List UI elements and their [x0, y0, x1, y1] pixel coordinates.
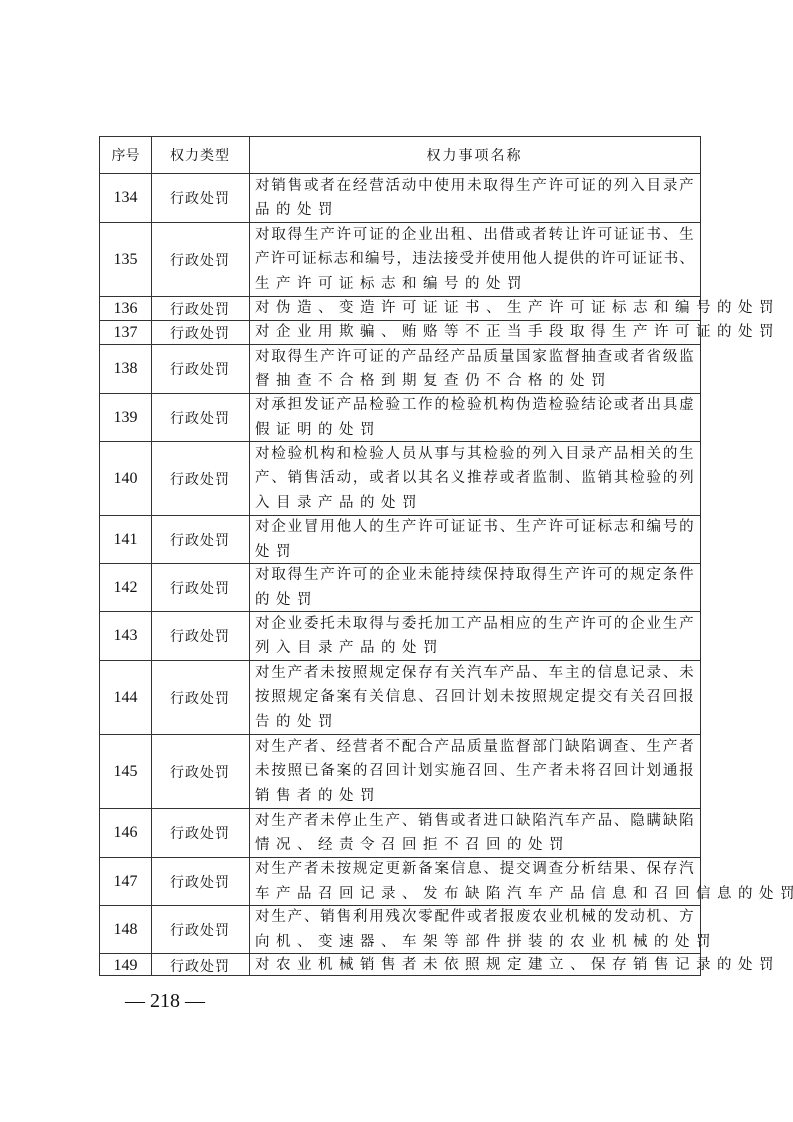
- description-line: 假证明的处罚: [255, 418, 694, 443]
- table-row: 135行政处罚对取得生产许可证的企业出租、出借或者转让许可证证书、生产许可证标志…: [100, 223, 700, 297]
- description-line: 对伪造、变造许可证证书、生产许可证标志和编号的处罚: [255, 296, 694, 321]
- description-line: 对取得生产许可的企业未能持续保持取得生产许可的规定条件: [255, 563, 694, 588]
- serial-number: 145: [100, 735, 151, 808]
- power-type: 行政处罚: [151, 394, 249, 441]
- description-line: 按照规定备案有关信息、召回计划未按照规定提交有关召回报: [255, 685, 694, 710]
- serial-number: 144: [100, 661, 151, 734]
- power-type: 行政处罚: [151, 516, 249, 563]
- table-row: 145行政处罚对生产者、经营者不配合产品质量监督部门缺陷调查、生产者未按照已备案…: [100, 735, 700, 809]
- serial-number: 138: [100, 345, 151, 393]
- description-line: 车产品召回记录、发布缺陷汽车产品信息和召回信息的处罚: [255, 882, 694, 907]
- power-type: 行政处罚: [151, 906, 249, 953]
- power-type: 行政处罚: [151, 612, 249, 660]
- description-line: 对企业委托未取得与委托加工产品相应的生产许可的企业生产: [255, 612, 694, 637]
- description-line: 对销售或者在经营活动中使用未取得生产许可证的列入目录产: [255, 174, 694, 199]
- power-item-name: 对生产者、经营者不配合产品质量监督部门缺陷调查、生产者未按照已备案的召回计划实施…: [249, 735, 700, 808]
- description-line: 对检验机构和检验人员从事与其检验的列入目录产品相关的生: [255, 442, 694, 467]
- table-row: 142行政处罚对取得生产许可的企业未能持续保持取得生产许可的规定条件的处罚: [100, 564, 700, 612]
- serial-number: 143: [100, 612, 151, 660]
- serial-number: 139: [100, 394, 151, 441]
- description-line: 的处罚: [255, 588, 694, 613]
- power-item-name: 对承担发证产品检验工作的检验机构伪造检验结论或者出具虚假证明的处罚: [249, 394, 700, 441]
- description-line: 列入目录产品的处罚: [255, 636, 694, 661]
- description-line: 对企业冒用他人的生产许可证证书、生产许可证标志和编号的: [255, 515, 694, 540]
- description-line: 对生产者未按照规定保存有关汽车产品、车主的信息记录、未: [255, 661, 694, 686]
- power-type: 行政处罚: [151, 297, 249, 320]
- power-type: 行政处罚: [151, 735, 249, 808]
- power-type: 行政处罚: [151, 321, 249, 344]
- header-power-type: 权力类型: [151, 137, 249, 173]
- serial-number: 137: [100, 321, 151, 344]
- description-line: 情况、经责令召回拒不召回的处罚: [255, 833, 694, 858]
- header-serial-number: 序号: [100, 137, 151, 173]
- power-item-name: 对生产者未按规定更新备案信息、提交调查分析结果、保存汽车产品召回记录、发布缺陷汽…: [249, 858, 700, 905]
- table-row: 146行政处罚对生产者未停止生产、销售或者进口缺陷汽车产品、隐瞒缺陷情况、经责令…: [100, 809, 700, 858]
- power-type: 行政处罚: [151, 223, 249, 296]
- power-type: 行政处罚: [151, 858, 249, 905]
- serial-number: 134: [100, 174, 151, 222]
- power-item-name: 对生产、销售利用残次零配件或者报废农业机械的发动机、方向机、变速器、车架等部件拼…: [249, 906, 700, 953]
- serial-number: 136: [100, 297, 151, 320]
- serial-number: 147: [100, 858, 151, 905]
- description-line: 对承担发证产品检验工作的检验机构伪造检验结论或者出具虚: [255, 393, 694, 418]
- description-line: 对生产者、经营者不配合产品质量监督部门缺陷调查、生产者: [255, 735, 694, 760]
- power-item-name: 对生产者未停止生产、销售或者进口缺陷汽车产品、隐瞒缺陷情况、经责令召回拒不召回的…: [249, 809, 700, 857]
- power-item-name: 对检验机构和检验人员从事与其检验的列入目录产品相关的生产、销售活动，或者以其名义…: [249, 442, 700, 515]
- table-row: 139行政处罚对承担发证产品检验工作的检验机构伪造检验结论或者出具虚假证明的处罚: [100, 394, 700, 442]
- description-line: 生产许可证标志和编号的处罚: [255, 272, 694, 297]
- power-type: 行政处罚: [151, 954, 249, 977]
- power-type: 行政处罚: [151, 345, 249, 393]
- table-row: 134行政处罚对销售或者在经营活动中使用未取得生产许可证的列入目录产品的处罚: [100, 174, 700, 223]
- power-item-name: 对取得生产许可证的企业出租、出借或者转让许可证证书、生产许可证标志和编号，违法接…: [249, 223, 700, 296]
- description-line: 向机、变速器、车架等部件拼装的农业机械的处罚: [255, 930, 694, 955]
- power-item-name: 对销售或者在经营活动中使用未取得生产许可证的列入目录产品的处罚: [249, 174, 700, 222]
- serial-number: 141: [100, 516, 151, 563]
- table-row: 143行政处罚对企业委托未取得与委托加工产品相应的生产许可的企业生产列入目录产品…: [100, 612, 700, 661]
- description-line: 品的处罚: [255, 198, 694, 223]
- description-line: 督抽查不合格到期复查仍不合格的处罚: [255, 369, 694, 394]
- power-item-name: 对取得生产许可证的产品经产品质量国家监督抽查或者省级监督抽查不合格到期复查仍不合…: [249, 345, 700, 393]
- serial-number: 146: [100, 809, 151, 857]
- powers-table: 序号 权力类型 权力事项名称 134行政处罚对销售或者在经营活动中使用未取得生产…: [99, 136, 701, 976]
- table-row: 137行政处罚对企业用欺骗、贿赂等不正当手段取得生产许可证的处罚: [100, 321, 700, 345]
- description-line: 产、销售活动，或者以其名义推荐或者监制、监销其检验的列: [255, 466, 694, 491]
- serial-number: 140: [100, 442, 151, 515]
- table-row: 140行政处罚对检验机构和检验人员从事与其检验的列入目录产品相关的生产、销售活动…: [100, 442, 700, 516]
- description-line: 对生产者未停止生产、销售或者进口缺陷汽车产品、隐瞒缺陷: [255, 809, 694, 834]
- page-number: — 218 —: [125, 990, 205, 1013]
- description-line: 对企业用欺骗、贿赂等不正当手段取得生产许可证的处罚: [255, 320, 694, 345]
- power-item-name: 对取得生产许可的企业未能持续保持取得生产许可的规定条件的处罚: [249, 564, 700, 611]
- description-line: 对生产、销售利用残次零配件或者报废农业机械的发动机、方: [255, 905, 694, 930]
- description-line: 产许可证标志和编号，违法接受并使用他人提供的许可证证书、: [255, 247, 694, 272]
- power-item-name: 对农业机械销售者未依照规定建立、保存销售记录的处罚: [249, 954, 700, 977]
- table-row: 144行政处罚对生产者未按照规定保存有关汽车产品、车主的信息记录、未按照规定备案…: [100, 661, 700, 735]
- serial-number: 135: [100, 223, 151, 296]
- table-row: 147行政处罚对生产者未按规定更新备案信息、提交调查分析结果、保存汽车产品召回记…: [100, 858, 700, 906]
- table-header-row: 序号 权力类型 权力事项名称: [100, 137, 700, 174]
- power-item-name: 对企业委托未取得与委托加工产品相应的生产许可的企业生产列入目录产品的处罚: [249, 612, 700, 660]
- power-type: 行政处罚: [151, 564, 249, 611]
- serial-number: 148: [100, 906, 151, 953]
- power-item-name: 对生产者未按照规定保存有关汽车产品、车主的信息记录、未按照规定备案有关信息、召回…: [249, 661, 700, 734]
- power-type: 行政处罚: [151, 174, 249, 222]
- serial-number: 149: [100, 954, 151, 977]
- table-row: 136行政处罚对伪造、变造许可证证书、生产许可证标志和编号的处罚: [100, 297, 700, 321]
- power-type: 行政处罚: [151, 809, 249, 857]
- power-item-name: 对企业用欺骗、贿赂等不正当手段取得生产许可证的处罚: [249, 321, 700, 344]
- power-type: 行政处罚: [151, 661, 249, 734]
- description-line: 对取得生产许可证的产品经产品质量国家监督抽查或者省级监: [255, 345, 694, 370]
- description-line: 销售者的处罚: [255, 784, 694, 809]
- description-line: 处罚: [255, 540, 694, 565]
- description-line: 告的处罚: [255, 710, 694, 735]
- table-row: 141行政处罚对企业冒用他人的生产许可证证书、生产许可证标志和编号的处罚: [100, 516, 700, 564]
- power-item-name: 对伪造、变造许可证证书、生产许可证标志和编号的处罚: [249, 297, 700, 320]
- description-line: 未按照已备案的召回计划实施召回、生产者未将召回计划通报: [255, 759, 694, 784]
- header-power-item-name: 权力事项名称: [249, 137, 700, 173]
- power-type: 行政处罚: [151, 442, 249, 515]
- description-line: 对取得生产许可证的企业出租、出借或者转让许可证证书、生: [255, 223, 694, 248]
- description-line: 对农业机械销售者未依照规定建立、保存销售记录的处罚: [255, 953, 694, 978]
- description-line: 对生产者未按规定更新备案信息、提交调查分析结果、保存汽: [255, 857, 694, 882]
- table-row: 138行政处罚对取得生产许可证的产品经产品质量国家监督抽查或者省级监督抽查不合格…: [100, 345, 700, 394]
- serial-number: 142: [100, 564, 151, 611]
- power-item-name: 对企业冒用他人的生产许可证证书、生产许可证标志和编号的处罚: [249, 516, 700, 563]
- table-row: 148行政处罚对生产、销售利用残次零配件或者报废农业机械的发动机、方向机、变速器…: [100, 906, 700, 954]
- table-row: 149行政处罚对农业机械销售者未依照规定建立、保存销售记录的处罚: [100, 954, 700, 977]
- description-line: 入目录产品的处罚: [255, 491, 694, 516]
